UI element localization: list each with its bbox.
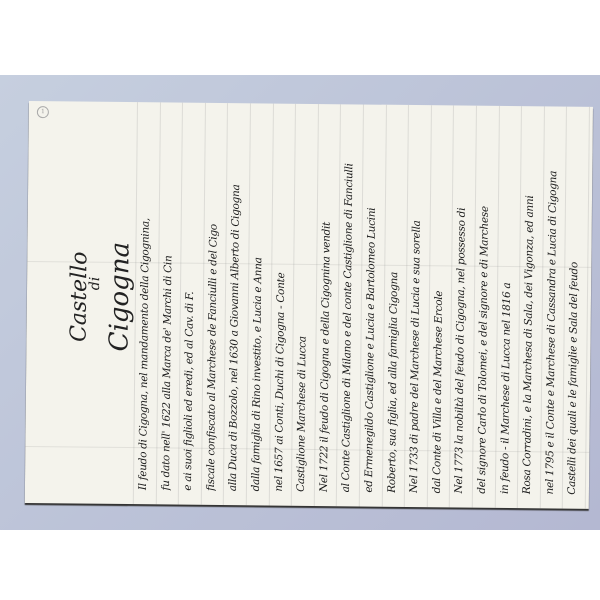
body-text: Il feudo di Cigogna, nel mandamento dell… [137,120,593,495]
handwritten-line: Il feudo di Cigogna, nel mandamento dell… [137,120,163,490]
title-line-1: Castello [66,251,92,342]
handwritten-line: dalla famiglia di Rino investito, e Luci… [250,121,276,491]
title-line-2: di [87,277,103,291]
title-line-3: Cigogna [104,242,135,352]
handwritten-page: 1 Castello di Cigogna Il feudo di Cigogn… [25,101,593,509]
handwritten-line: ed Ermenegildo Castiglione e Lucia e Bar… [363,123,389,493]
handwritten-line: Castelli dei quali e le famiglie e Sala … [566,125,592,495]
handwritten-line: del signore Carlo di Tolomei, e del sign… [476,124,502,494]
page-number: 1 [37,106,49,118]
